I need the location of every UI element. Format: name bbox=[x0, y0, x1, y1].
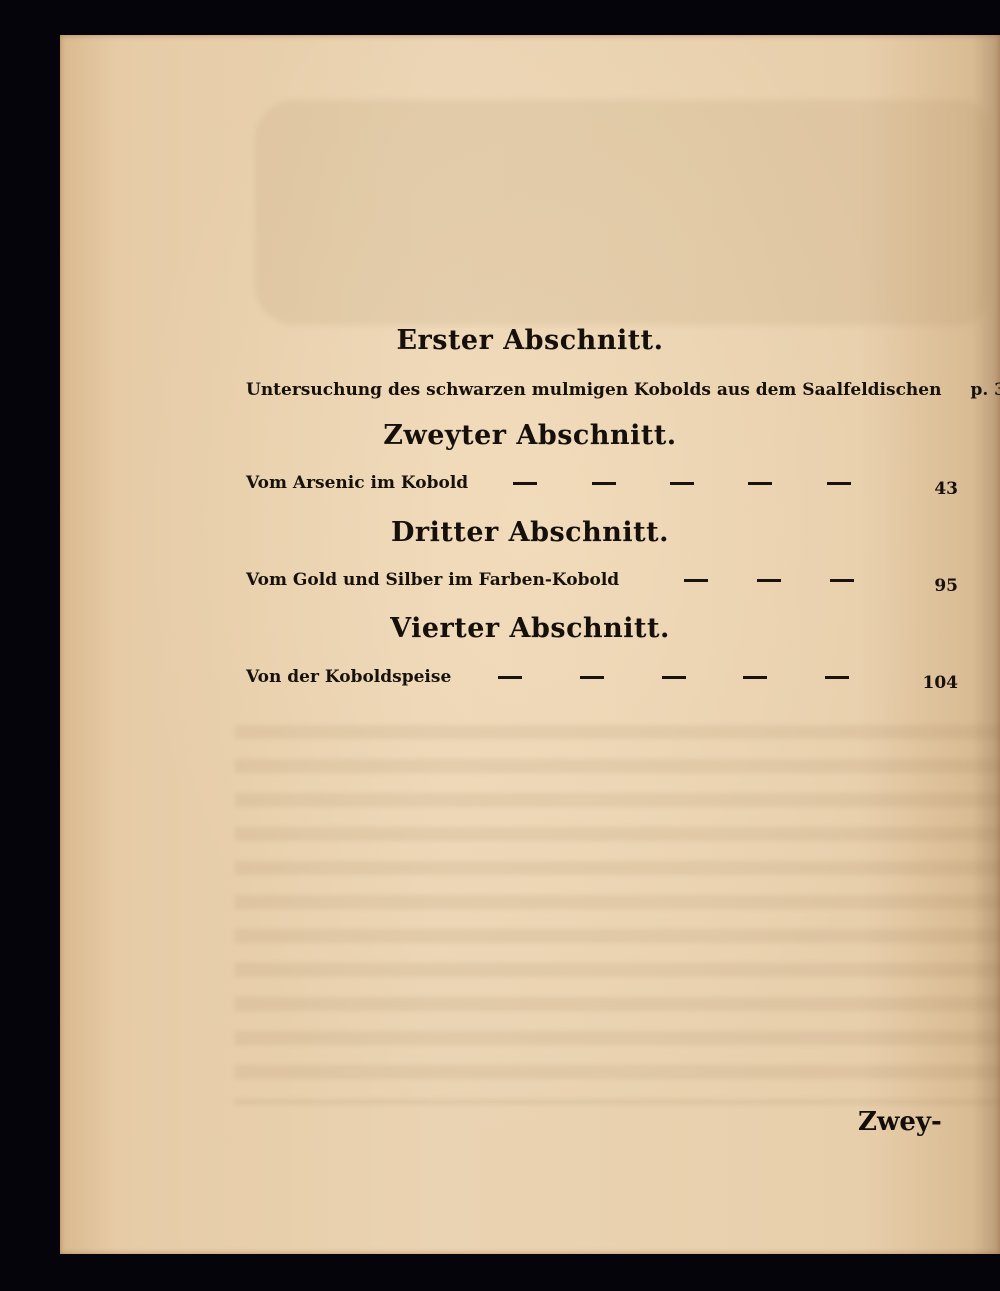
toc-entry-page: p. 3 bbox=[970, 380, 1000, 400]
toc-entry-page: 104 bbox=[923, 673, 959, 693]
section-heading-2: Zweyter Abschnitt. bbox=[60, 420, 1000, 451]
leader-dash bbox=[748, 482, 772, 485]
bleed-through-ornament bbox=[255, 100, 990, 325]
toc-entry-page: 95 bbox=[934, 576, 958, 596]
leader-dash bbox=[662, 676, 686, 679]
book-page: Erster Abschnitt. Untersuchung des schwa… bbox=[60, 35, 1000, 1254]
toc-entry-4: Von der Koboldspeise 104 bbox=[246, 657, 946, 687]
toc-entry-title: Vom Arsenic im Kobold bbox=[246, 473, 468, 493]
toc-entry-1: Untersuchung des schwarzen mulmigen Kobo… bbox=[246, 370, 946, 400]
toc-entry-2: Vom Arsenic im Kobold 43 bbox=[246, 463, 946, 493]
leader-dash bbox=[513, 482, 537, 485]
leader-dash bbox=[825, 676, 849, 679]
leader-dash bbox=[827, 482, 851, 485]
toc-entry-title: Vom Gold und Silber im Farben-Kobold bbox=[246, 570, 619, 590]
bleed-through-text bbox=[235, 725, 1000, 1105]
leader-dash bbox=[592, 482, 616, 485]
leader-dashes bbox=[619, 579, 896, 590]
leader-dash bbox=[498, 676, 522, 679]
toc-entry-3: Vom Gold und Silber im Farben-Kobold 95 bbox=[246, 560, 946, 590]
leader-dash bbox=[684, 579, 708, 582]
leader-dash bbox=[743, 676, 767, 679]
section-heading-1: Erster Abschnitt. bbox=[60, 325, 1000, 356]
leader-dash bbox=[757, 579, 781, 582]
leader-dash bbox=[670, 482, 694, 485]
toc-entry-page: 43 bbox=[934, 479, 958, 499]
leader-dashes bbox=[468, 482, 896, 493]
catchword: Zwey- bbox=[858, 1107, 942, 1137]
leader-dash bbox=[830, 579, 854, 582]
toc-entry-title: Untersuchung des schwarzen mulmigen Kobo… bbox=[246, 380, 941, 400]
section-heading-3: Dritter Abschnitt. bbox=[60, 517, 1000, 548]
section-heading-4: Vierter Abschnitt. bbox=[60, 613, 1000, 644]
leader-dashes bbox=[451, 676, 896, 687]
toc-entry-title: Von der Koboldspeise bbox=[246, 667, 451, 687]
leader-dash bbox=[580, 676, 604, 679]
